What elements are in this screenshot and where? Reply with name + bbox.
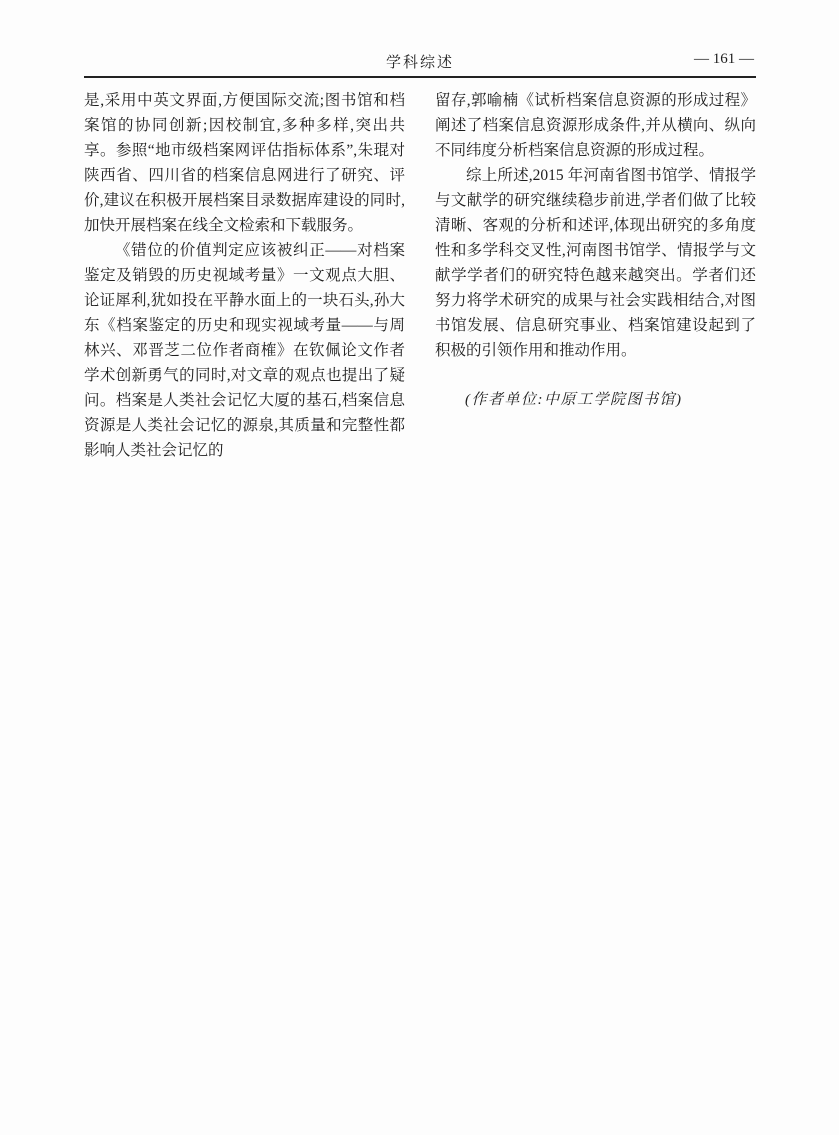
author-affiliation: (作者单位:中原工学院图书馆) xyxy=(435,388,756,413)
page-number: — 161 — xyxy=(694,51,754,68)
page-body: 是,采用中英文界面,方便国际交流;图书馆和档案馆的协同创新;因校制宜,多种多样,… xyxy=(84,88,756,463)
body-paragraph: 是,采用中英文界面,方便国际交流;图书馆和档案馆的协同创新;因校制宜,多种多样,… xyxy=(84,88,405,238)
journal-page: 学科综述 — 161 — 是,采用中英文界面,方便国际交流;图书馆和档案馆的协同… xyxy=(0,0,839,1135)
body-paragraph: 留存,郭喻楠《试析档案信息资源的形成过程》阐述了档案信息资源形成条件,并从横向、… xyxy=(435,88,756,163)
body-paragraph: 综上所述,2015 年河南省图书馆学、情报学与文献学的研究继续稳步前进,学者们做… xyxy=(435,163,756,363)
page-header: 学科综述 — 161 — xyxy=(84,0,756,78)
section-title: 学科综述 xyxy=(84,51,756,72)
left-column: 是,采用中英文界面,方便国际交流;图书馆和档案馆的协同创新;因校制宜,多种多样,… xyxy=(84,88,405,463)
body-paragraph: 《错位的价值判定应该被纠正——对档案鉴定及销毁的历史视域考量》一文观点大胆、论证… xyxy=(84,238,405,463)
right-column: 留存,郭喻楠《试析档案信息资源的形成过程》阐述了档案信息资源形成条件,并从横向、… xyxy=(435,88,756,463)
